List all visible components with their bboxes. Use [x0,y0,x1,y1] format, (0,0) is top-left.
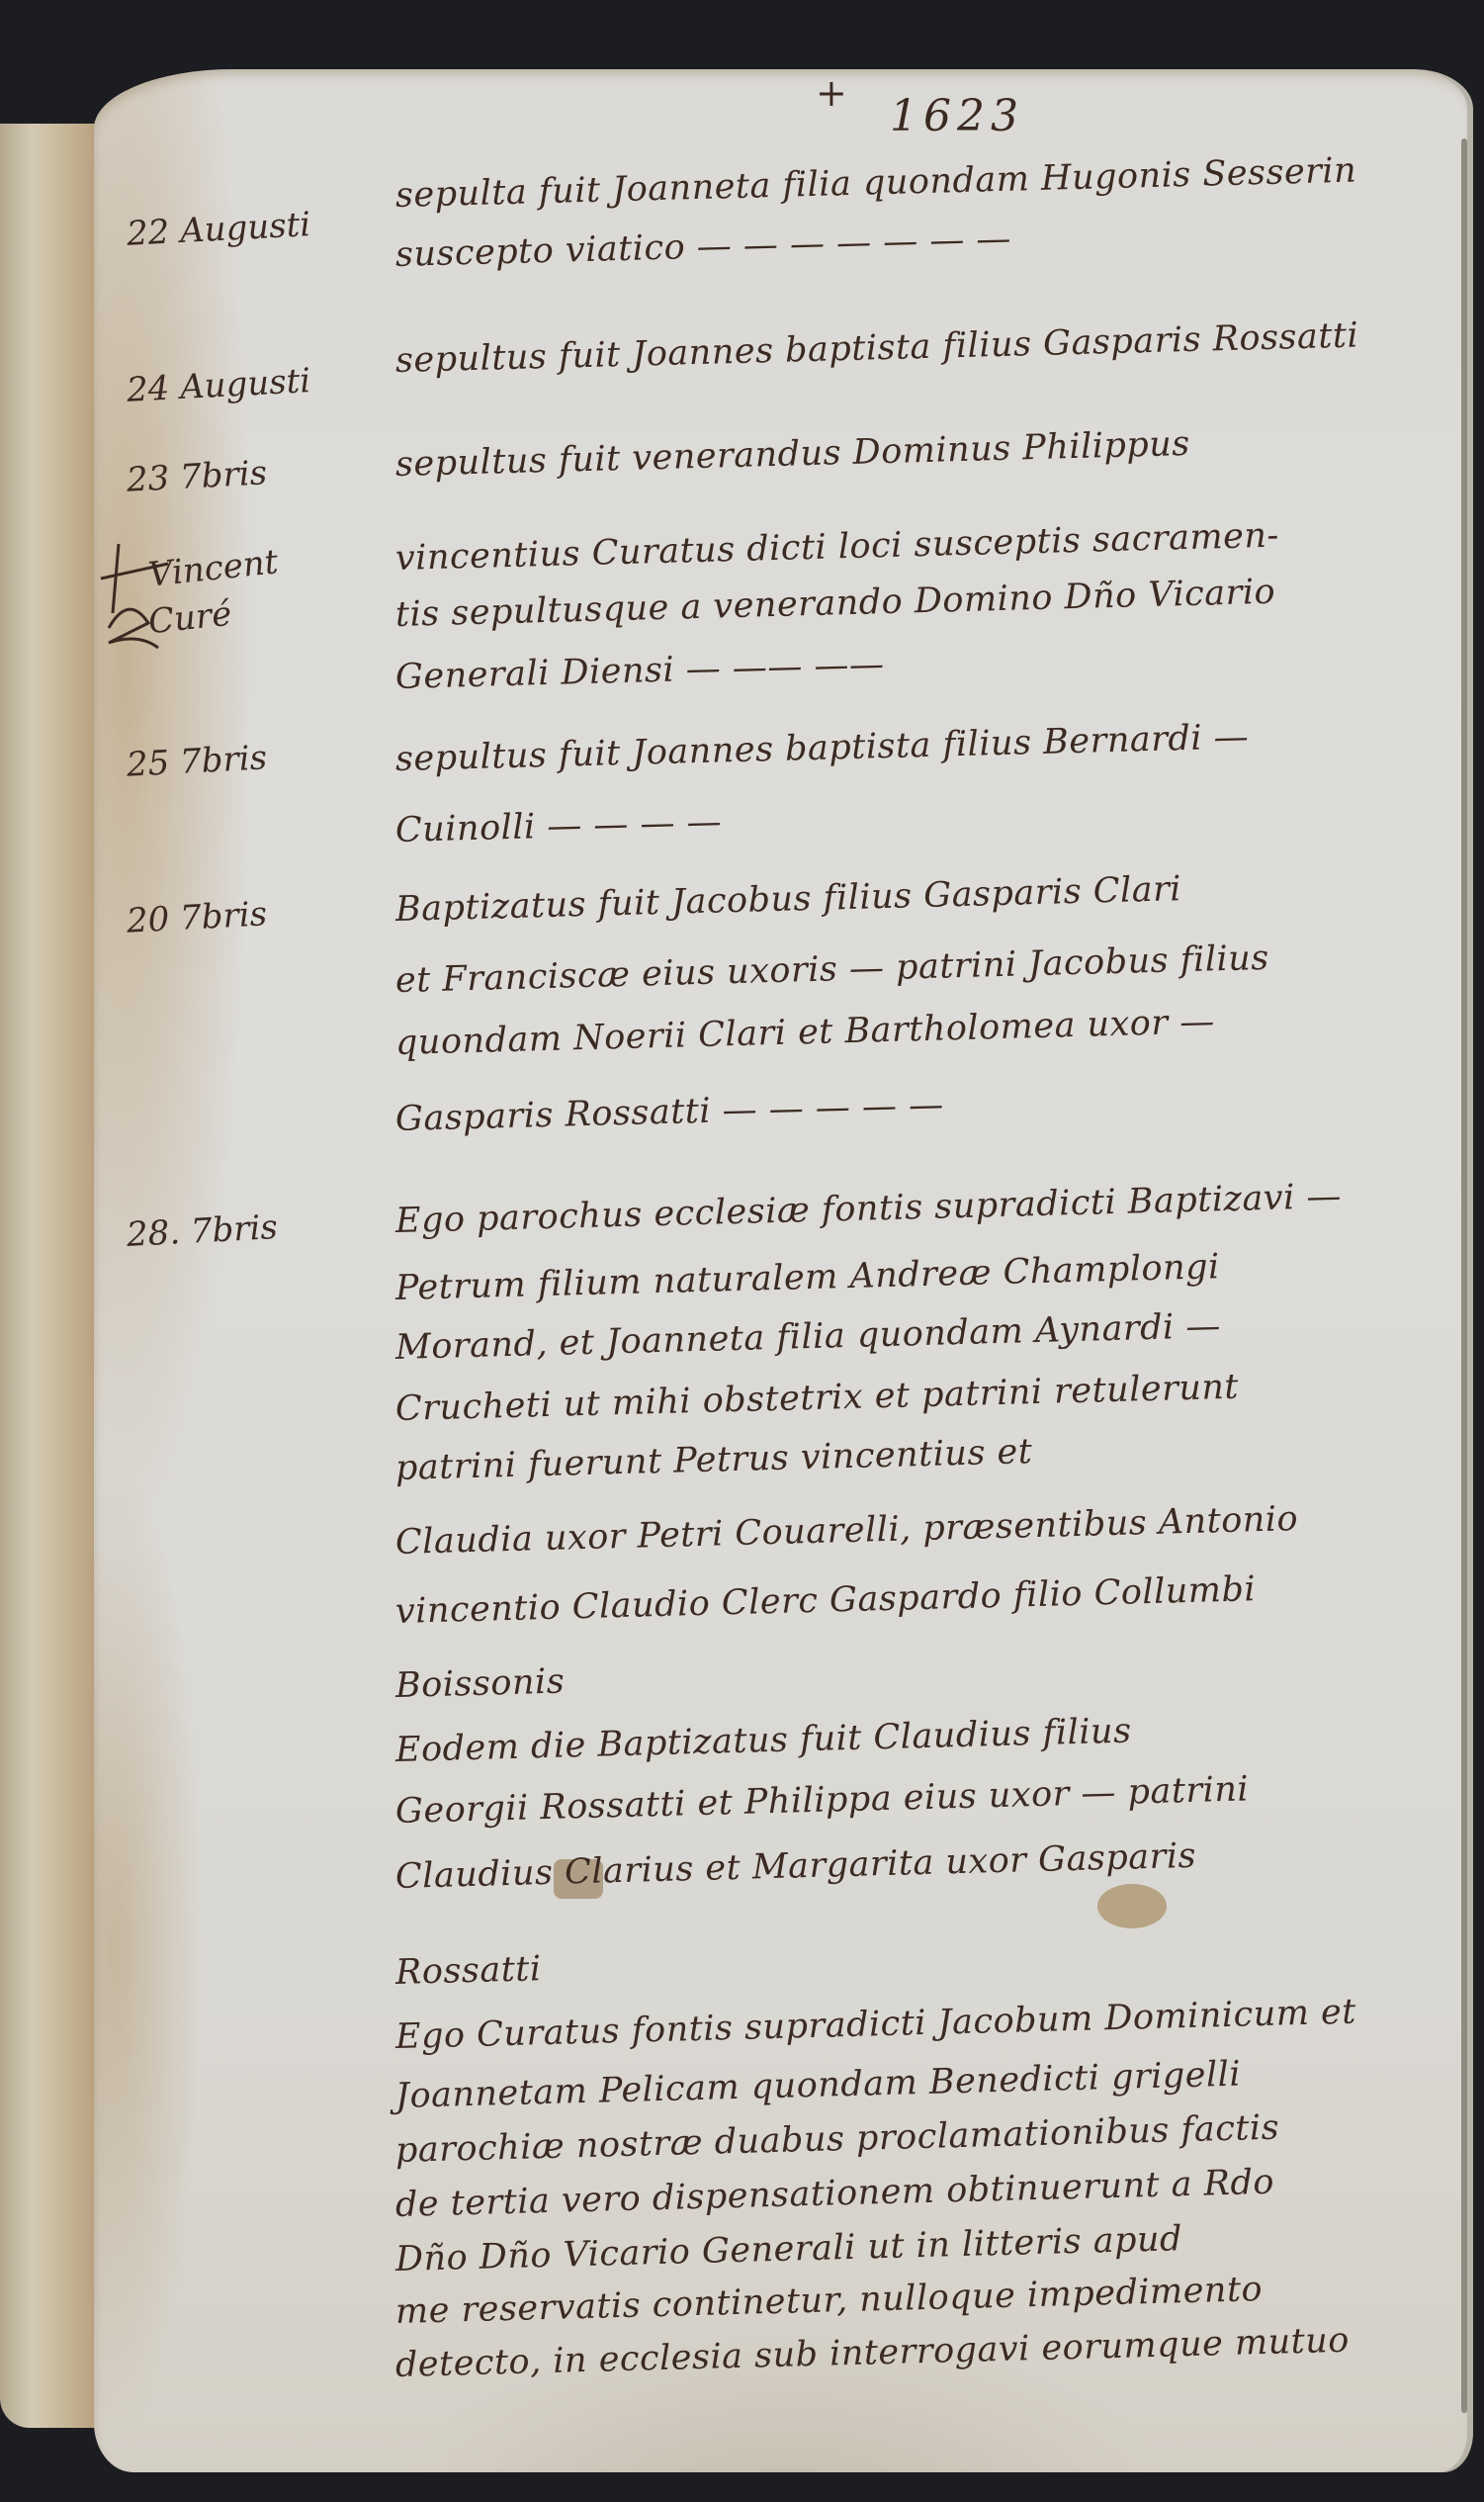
header-cross: + [816,71,847,115]
page-year: 1623 [890,91,1024,141]
water-stain [1097,1884,1167,1928]
entry-date: 28. 7bris [126,1207,279,1255]
entry-date: 25 7bris [126,738,268,784]
entry-line: Rossatti [394,1949,542,1993]
entry-date: 23 7bris [126,453,268,499]
entry-date: 20 7bris [126,894,268,940]
page-edge [1461,138,1467,2413]
entry-line: Boissonis [394,1662,565,1706]
